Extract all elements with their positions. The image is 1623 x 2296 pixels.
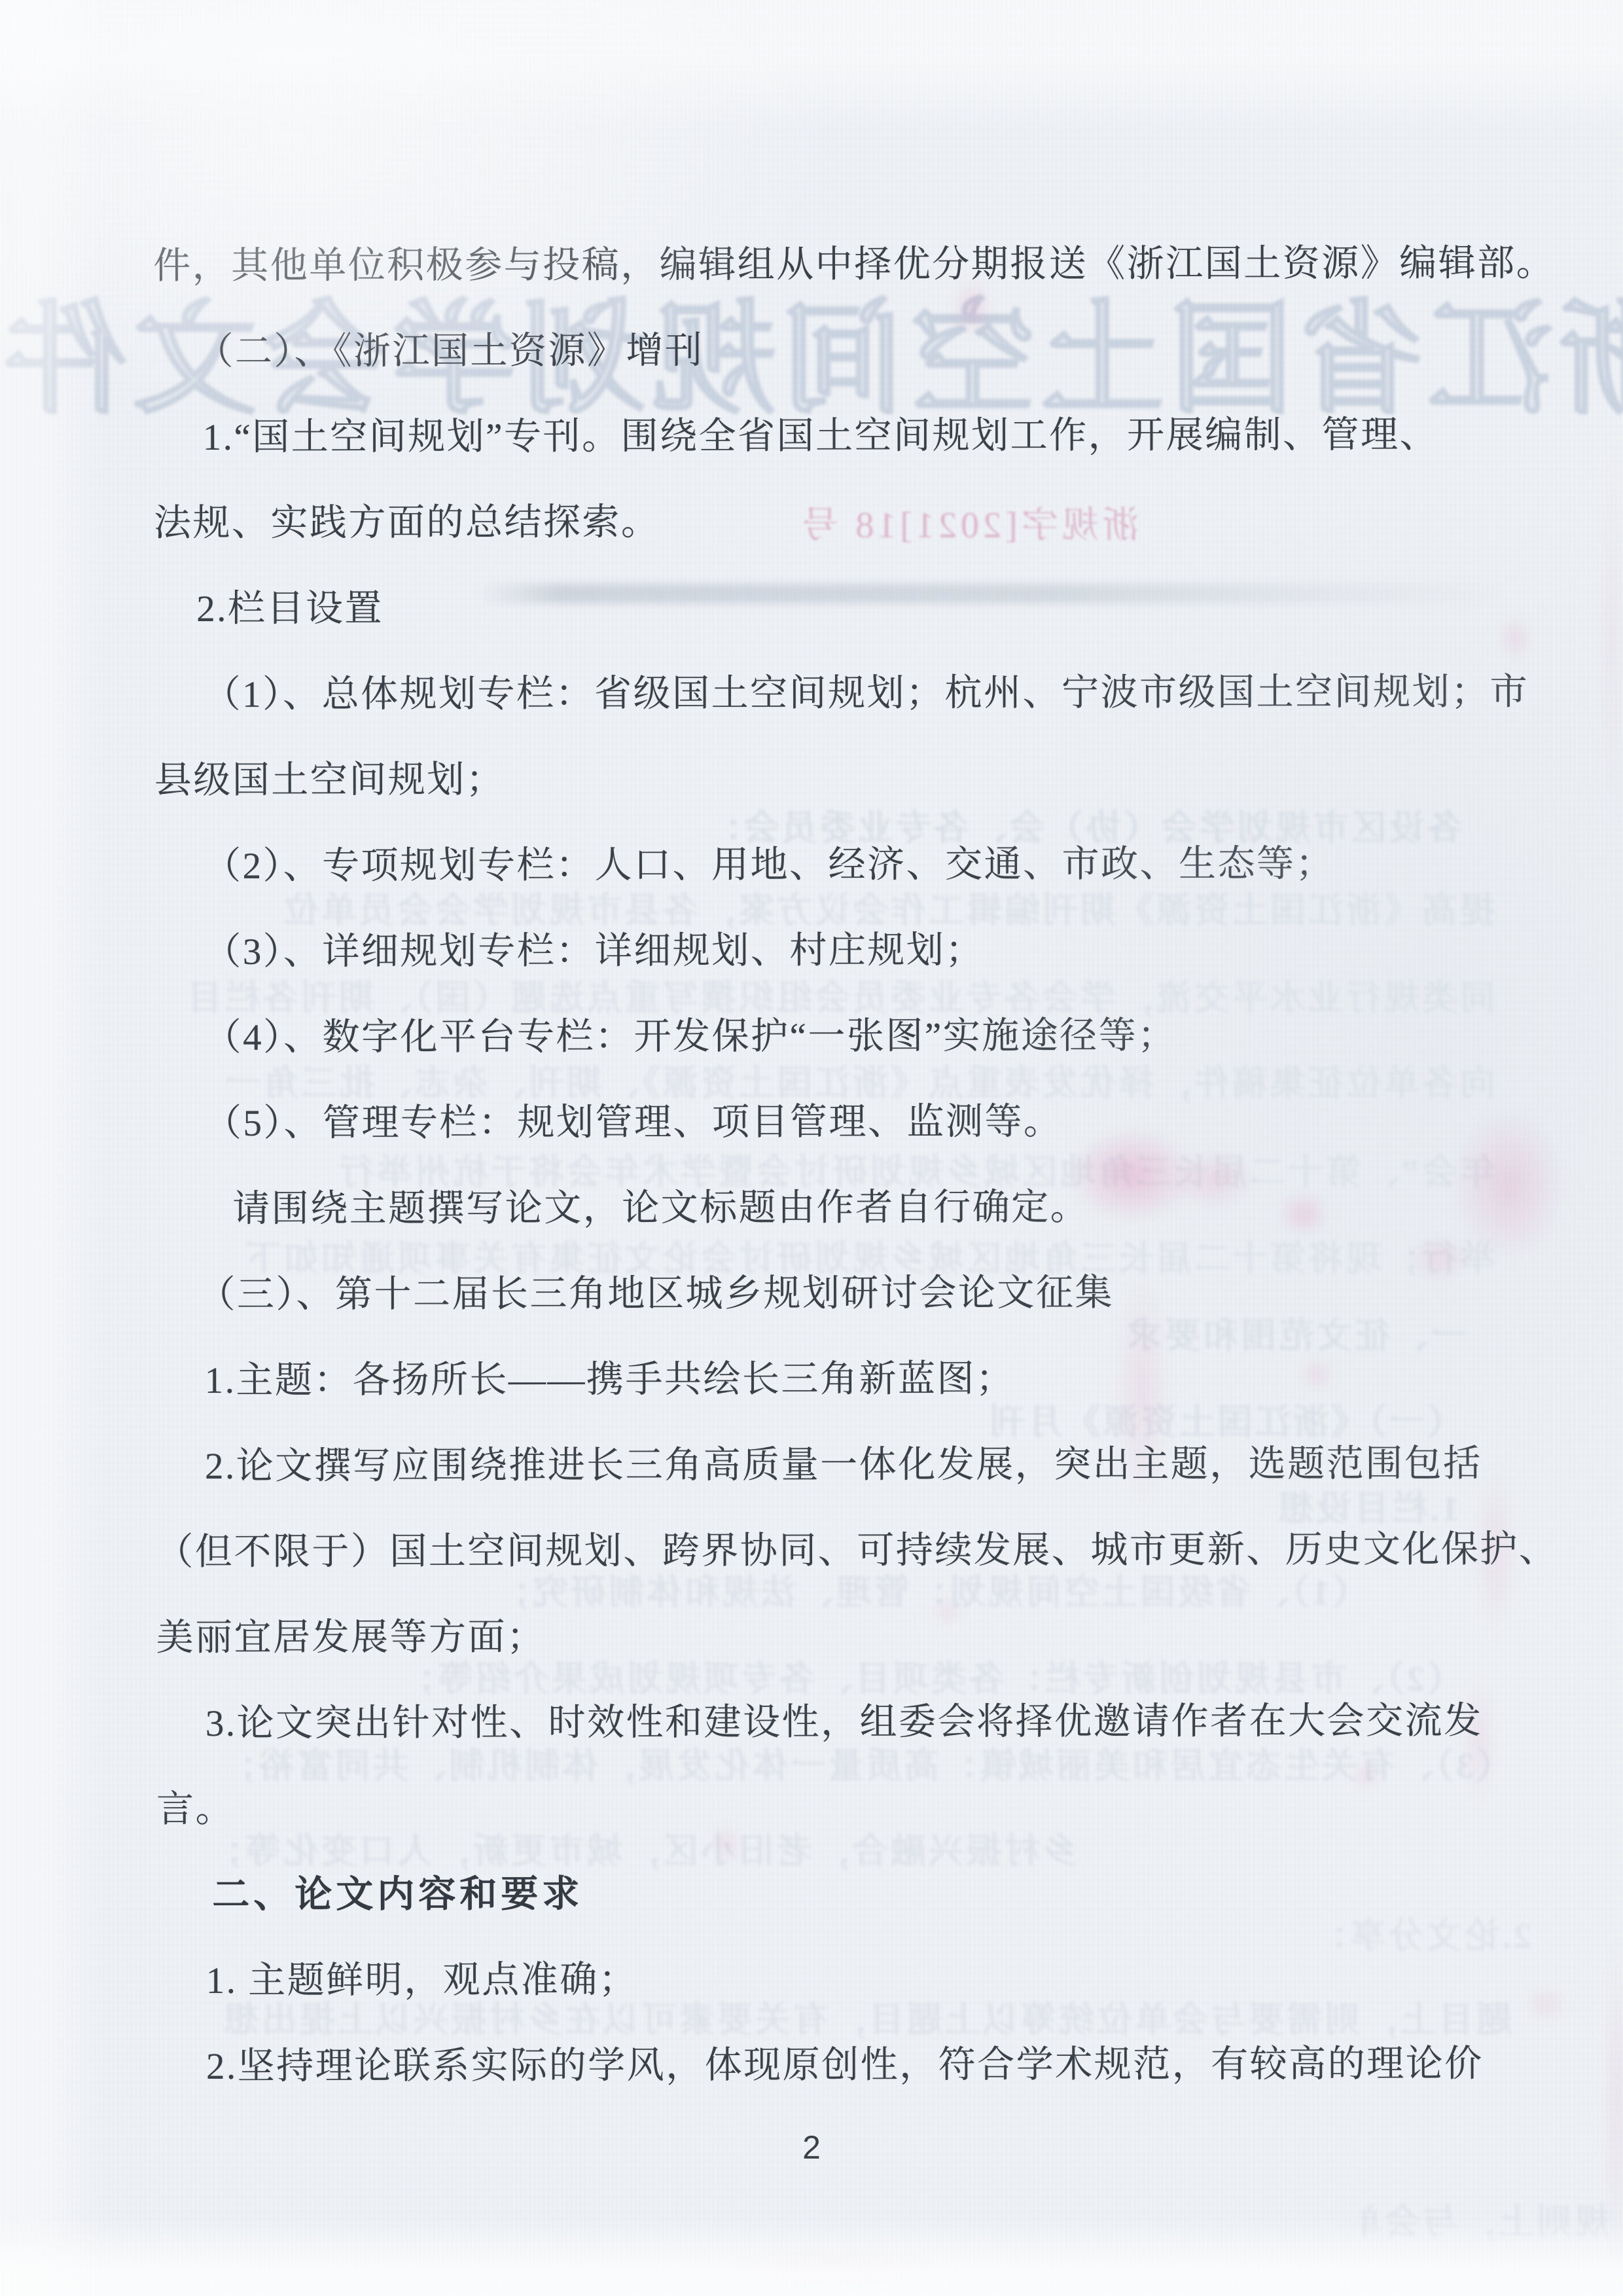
text-line: 2.栏目设置 bbox=[196, 578, 383, 632]
text-line: （2）、专项规划专栏：人口、用地、经济、交通、市政、生态等； bbox=[204, 833, 1334, 889]
text-line: 3.论文突出针对性、时效性和建设性，组委会将择优邀请作者在大会交流发 bbox=[205, 1691, 1483, 1747]
text-line: 美丽宜居发展等方面； bbox=[156, 1607, 545, 1661]
text-line: （二）、《浙江国土资源》增刊 bbox=[196, 320, 704, 375]
text-line: （1）、总体规划专栏：省级国土空间规划；杭州、宁波市级国土空间规划；市 bbox=[203, 662, 1529, 718]
text-line: 法规、实践方面的总结探索。 bbox=[154, 492, 660, 547]
text-line: （但不限于）国土空间规划、跨界协同、可持续发展、城市更新、历史文化保护、 bbox=[156, 1519, 1558, 1575]
text-line: （3）、详细规划专栏：详细规划、村庄规划； bbox=[204, 920, 984, 975]
scanned-document-page: 浙江省国土空间规划学会文件 浙规字[2021]18 号 各设区市规划学会（协）会… bbox=[0, 0, 1623, 2296]
text-line: （4）、数字化平台专栏：开发保护“一张图”实施途径等； bbox=[204, 1005, 1177, 1061]
text-line: （5）、管理专栏：规划管理、项目管理、监测等。 bbox=[204, 1091, 1063, 1147]
document-text-block: 件，其他单位积极参与投稿，编辑组从中择优分期报送《浙江国土资源》编辑部。（二）、… bbox=[0, 0, 1623, 2296]
page-number: 2 bbox=[0, 2128, 1623, 2166]
text-line: （三）、第十二届长三角地区城乡规划研讨会论文征集 bbox=[198, 1263, 1114, 1318]
text-line: 2.坚持理论联系实际的学风，体现原创性，符合学术规范，有较高的理论价 bbox=[206, 2034, 1484, 2090]
text-line: 2.论文撰写应围绕推进长三角高质量一体化发展，突出主题，选题范围包括 bbox=[205, 1433, 1482, 1490]
text-line: 县级国土空间规划； bbox=[154, 749, 505, 804]
text-line: 1.“国土空间规划”专刊。围绕全省国土空间规划工作，开展编制、管理、 bbox=[203, 404, 1439, 461]
text-line: 请围绕主题撰写论文，论文标题由作者自行确定。 bbox=[232, 1177, 1089, 1232]
text-line: 件，其他单位积极参与投稿，编辑组从中择优分期报送《浙江国土资源》编辑部。 bbox=[153, 233, 1555, 289]
text-line: 1.主题：各扬所长——携手共绘长三角新蓝图； bbox=[205, 1348, 1015, 1404]
text-line: 言。 bbox=[156, 1779, 234, 1833]
text-line: 1. 主题鲜明，观点准确； bbox=[206, 1950, 638, 2004]
section-heading: 二、论文内容和要求 bbox=[212, 1864, 583, 1918]
